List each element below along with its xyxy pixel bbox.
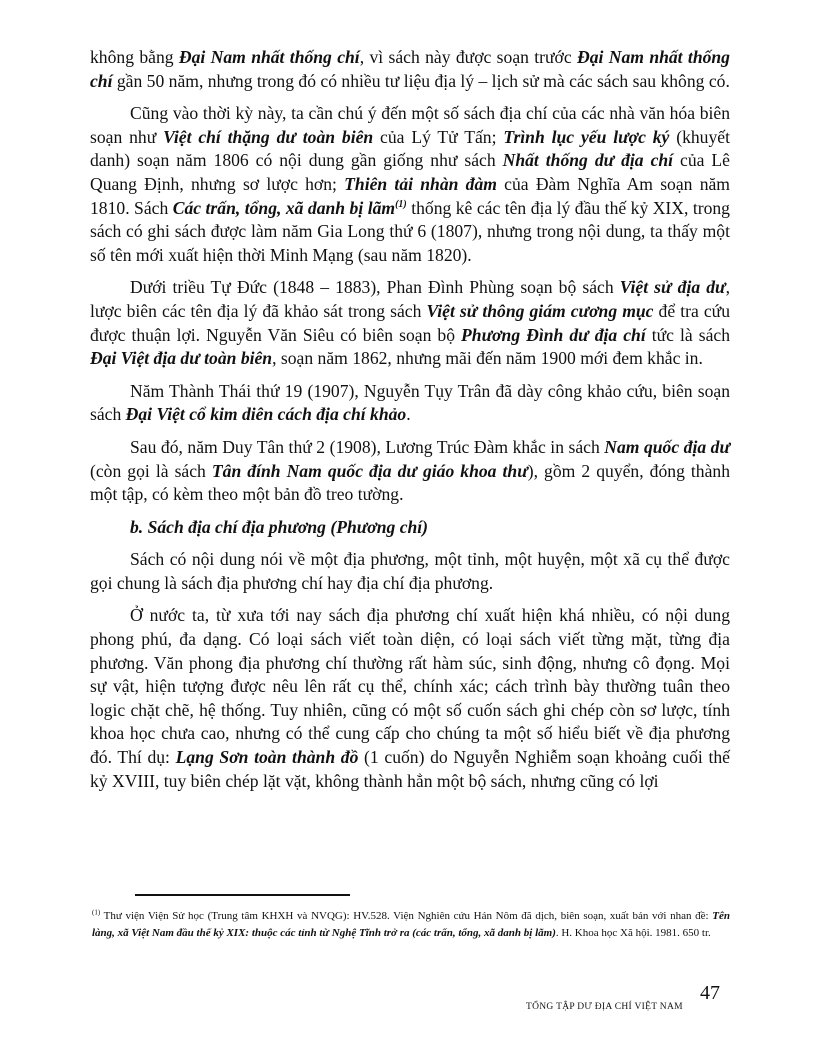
book-title: Đại Nam nhất thống chí (179, 47, 360, 67)
text-run: Sách có nội dung nói về một địa phương, … (90, 549, 730, 593)
paragraph: Sách có nội dung nói về một địa phương, … (90, 548, 730, 595)
text-run: . H. Khoa học Xã hội. 1981. 650 tr. (556, 927, 711, 939)
book-title: Việt sử thông giám cương mục (427, 301, 654, 321)
paragraph: Ở nước ta, từ xưa tới nay sách địa phươn… (90, 604, 730, 793)
book-title: Các trấn, tổng, xã danh bị lãm (173, 198, 395, 218)
book-title: Trình lục yếu lược ký (503, 127, 669, 147)
section-heading: b. Sách địa chí địa phương (Phương chí) (90, 516, 730, 540)
book-title: Nam quốc địa dư (604, 437, 730, 457)
paragraph: Sau đó, năm Duy Tân thứ 2 (1908), Lương … (90, 436, 730, 507)
text-run: gần 50 năm, nhưng trong đó có nhiều tư l… (112, 71, 729, 91)
paragraph: không bằng Đại Nam nhất thống chí, vì sá… (90, 46, 730, 93)
text-run: Ở nước ta, từ xưa tới nay sách địa phươn… (90, 605, 730, 767)
paragraph: Dưới triều Tự Đức (1848 – 1883), Phan Đì… (90, 276, 730, 370)
text-run: không bằng (90, 47, 179, 67)
running-footer-title: TỔNG TẬP DƯ ĐỊA CHÍ VIỆT NAM (526, 1002, 683, 1012)
book-title: Tân đính Nam quốc địa dư giáo khoa thư (212, 461, 528, 481)
text-run: b. Sách địa chí địa phương (Phương chí) (130, 517, 428, 537)
text-run: (còn gọi là sách (90, 461, 212, 481)
book-title: Việt chí thặng dư toàn biên (163, 127, 373, 147)
text-run: . (406, 404, 410, 424)
book-title: Việt sử địa dư (620, 277, 726, 297)
text-run: tức là sách (646, 325, 730, 345)
book-title: Lạng Sơn toàn thành đồ (176, 747, 359, 767)
footnote-divider (135, 894, 350, 896)
footnote-marker: (1) (395, 199, 407, 210)
book-title: Phương Đình dư địa chí (461, 325, 646, 345)
book-title: Đại Việt cổ kim diên cách địa chí khảo (126, 404, 407, 424)
book-title: Thiên tải nhàn đàm (344, 174, 497, 194)
footnote-marker: (1) (92, 908, 100, 916)
page-number: 47 (700, 982, 720, 1005)
text-run: Thư viện Viện Sử học (Trung tâm KHXH và … (100, 910, 712, 922)
text-run: Dưới triều Tự Đức (1848 – 1883), Phan Đì… (130, 277, 620, 297)
footnote: (1) Thư viện Viện Sử học (Trung tâm KHXH… (92, 908, 730, 942)
text-run: , soạn năm 1862, nhưng mãi đến năm 1900 … (272, 348, 703, 368)
text-run: Sau đó, năm Duy Tân thứ 2 (1908), Lương … (130, 437, 604, 457)
text-run: , vì sách này được soạn trước (360, 47, 577, 67)
book-title: Nhất thống dư địa chí (503, 150, 673, 170)
paragraph: Cũng vào thời kỳ này, ta cần chú ý đến m… (90, 102, 730, 267)
text-run: của Lý Tử Tấn; (373, 127, 503, 147)
book-title: Đại Việt địa dư toàn biên (90, 348, 272, 368)
body-text: không bằng Đại Nam nhất thống chí, vì sá… (90, 46, 730, 802)
paragraph: Năm Thành Thái thứ 19 (1907), Nguyễn Tụy… (90, 380, 730, 427)
